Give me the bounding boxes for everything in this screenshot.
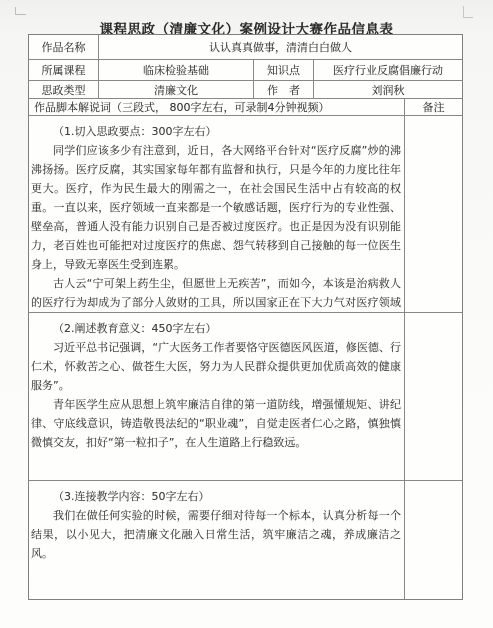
section-1-note-cell (405, 116, 462, 312)
scan-corner-mark-left (15, 7, 26, 15)
scan-corner-mark-right (463, 6, 473, 18)
section-3-note-cell (405, 481, 462, 599)
row-script-header: 作品脚本解说词（三段式， 800字左右，可录制4分钟视频） 备注 (29, 99, 462, 116)
section-1-content: （1.切入思政要点：300字左右） 同学们应该多少有注意到，近日，各大网络平台针… (29, 116, 405, 312)
section-1-heading: （1.切入思政要点：300字左右） (31, 122, 401, 141)
knowledge-point-label: 知识点 (254, 60, 314, 80)
ideology-type-value: 清廉文化 (99, 81, 254, 98)
section-3-content: （3.连接教学内容：50字左右） 我们在做任何实验的时候，需要仔细对待每一个标本… (29, 481, 405, 599)
author-value: 刘润秋 (314, 81, 462, 98)
section-3-heading: （3.连接教学内容：50字左右） (31, 487, 401, 506)
row-section-3: （3.连接教学内容：50字左右） 我们在做任何实验的时候，需要仔细对待每一个标本… (29, 481, 462, 599)
course-label: 所属课程 (29, 60, 99, 80)
work-name-label: 作品名称 (29, 35, 99, 59)
knowledge-point-value: 医疗行业反腐倡廉行动 (314, 60, 462, 80)
section-3-paragraph: 我们在做任何实验的时候，需要仔细对待每一个标本，认真分析每一个结果，以小见大，把… (31, 506, 401, 563)
ideology-type-label: 思政类型 (29, 81, 99, 98)
section-2-paragraph: 习近平总书记强调，“广大医务工作者要恪守医德医风医道，修医德、行仁术，怀救苦之心… (31, 338, 401, 395)
row-work-name: 作品名称 认认真真做事，清清白白做人 (29, 35, 462, 60)
section-1-paragraph: 同学们应该多少有注意到，近日，各大网络平台针对“医疗反腐”炒的沸沸扬扬。医疗反腐… (31, 141, 401, 274)
section-2-heading: （2.阐述教育意义：450字左右） (31, 319, 401, 338)
row-section-2: （2.阐述教育意义：450字左右） 习近平总书记强调，“广大医务工作者要恪守医德… (29, 313, 462, 481)
scanned-form-page: 课程思政（清廉文化）案例设计大赛作品信息表 作品名称 认认真真做事，清清白白做人… (0, 0, 493, 628)
work-name-value: 认认真真做事，清清白白做人 (99, 35, 462, 59)
script-header-label: 作品脚本解说词（三段式， 800字左右，可录制4分钟视频） (29, 99, 405, 115)
row-section-1: （1.切入思政要点：300字左右） 同学们应该多少有注意到，近日，各大网络平台针… (29, 116, 462, 313)
info-table: 作品名称 认认真真做事，清清白白做人 所属课程 临床检验基础 知识点 医疗行业反… (28, 34, 463, 600)
section-1-paragraph: 古人云“宁可架上药生尘，但愿世上无疾苦”，而如今，本该是治病救人的医疗行为却成为… (31, 274, 401, 312)
section-2-content: （2.阐述教育意义：450字左右） 习近平总书记强调，“广大医务工作者要恪守医德… (29, 313, 405, 480)
section-2-note-cell (405, 313, 462, 480)
author-label: 作 者 (254, 81, 314, 98)
course-value: 临床检验基础 (99, 60, 254, 80)
row-course: 所属课程 临床检验基础 知识点 医疗行业反腐倡廉行动 (29, 60, 462, 81)
section-2-paragraph: 青年医学生应从思想上筑牢廉洁自律的第一道防线，增强懂规矩、讲纪律、守底线意识，铸… (31, 395, 401, 452)
row-ideology-type: 思政类型 清廉文化 作 者 刘润秋 (29, 81, 462, 99)
remarks-header: 备注 (405, 99, 462, 115)
